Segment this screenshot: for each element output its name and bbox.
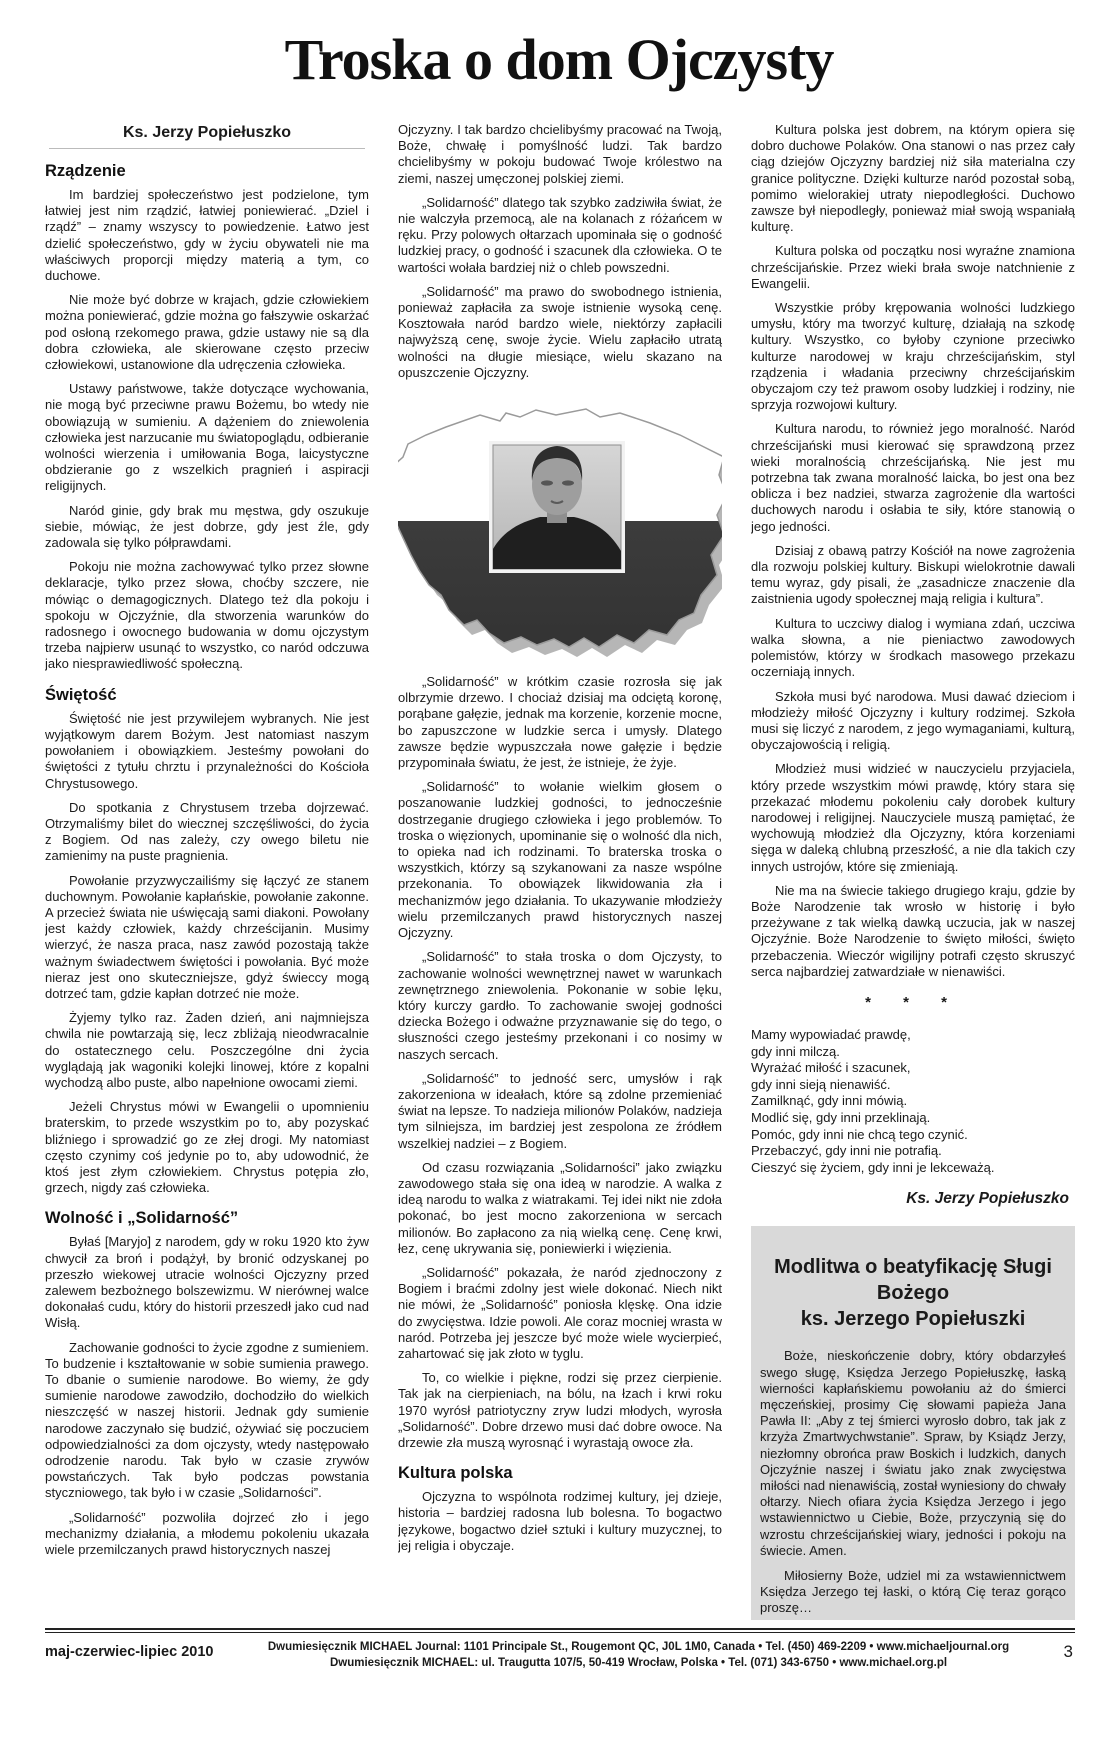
poem-line: Wyrażać miłość i szacunek,	[751, 1060, 1075, 1077]
paragraph: Ustawy państwowe, także dotyczące wychow…	[45, 381, 369, 494]
section-heading: Kultura polska	[398, 1464, 722, 1483]
article-columns: Ks. Jerzy Popiełuszko RządzenieIm bardzi…	[45, 122, 1075, 1620]
section-heading: Świętość	[45, 686, 369, 705]
right-column-blocks: Kultura polska jest dobrem, na którym op…	[751, 122, 1075, 980]
paragraph: Wszystkie próby krępowania wolności ludz…	[751, 300, 1075, 413]
stars-separator: * * *	[751, 994, 1075, 1011]
page-footer: maj-czerwiec-lipiec 2010 Dwumiesięcznik …	[45, 1628, 1075, 1671]
paragraph: Pokoju nie można zachowywać tylko przez …	[45, 559, 369, 672]
paragraph: Kultura narodu, to również jego moralnoś…	[751, 421, 1075, 534]
byline-divider	[49, 148, 365, 149]
section-heading: Rządzenie	[45, 162, 369, 181]
paragraph: Do spotkania z Chrystusem trzeba dojrzew…	[45, 800, 369, 865]
prayer-title-line2: ks. Jerzego Popiełuszki	[801, 1308, 1026, 1330]
paragraph: Szkoła musi być narodowa. Musi dawać dzi…	[751, 689, 1075, 754]
column-middle: Ojczyzny. I tak bardzo chcielibyśmy prac…	[398, 122, 722, 1620]
paragraph: „Solidarność” pokazała, że naród zjednoc…	[398, 1265, 722, 1362]
paragraph: Kultura polska jest dobrem, na którym op…	[751, 122, 1075, 235]
publisher-line-2: Dwumiesięcznik MICHAEL: ul. Traugutta 10…	[223, 1656, 1053, 1672]
prayer-paragraphs: Boże, nieskończenie dobry, który obdarzy…	[760, 1348, 1066, 1616]
publisher-info: Dwumiesięcznik MICHAEL Journal: 1101 Pri…	[213, 1638, 1063, 1671]
section-heading: Wolność i „Solidarność”	[45, 1209, 369, 1228]
middle-column-top-blocks: Ojczyzny. I tak bardzo chcielibyśmy prac…	[398, 122, 722, 381]
author-signature: Ks. Jerzy Popiełuszko	[751, 1190, 1069, 1208]
paragraph: Żyjemy tylko raz. Żaden dzień, ani najmn…	[45, 1010, 369, 1091]
paragraph: Od czasu rozwiązania „Solidarności” jako…	[398, 1160, 722, 1257]
poem-line: gdy inni milczą.	[751, 1044, 1075, 1061]
paragraph: Dzisiaj z obawą patrzy Kościół na nowe z…	[751, 543, 1075, 608]
paragraph: Kultura to uczciwy dialog i wymiana zdań…	[751, 616, 1075, 681]
poem-line: gdy inni sieją nienawiść.	[751, 1077, 1075, 1094]
paragraph: Zachowanie godności to życie zgodne z su…	[45, 1340, 369, 1502]
paragraph: „Solidarność” dlatego tak szybko zadziwi…	[398, 195, 722, 276]
poem-line: Mamy wypowiadać prawdę,	[751, 1027, 1075, 1044]
poland-map-figure	[398, 389, 722, 664]
poem-line: Cieszyć się życiem, gdy inni je lekceważ…	[751, 1160, 1075, 1177]
prayer-title-line1: Modlitwa o beatyfikację Sługi Bożego	[774, 1256, 1052, 1304]
paragraph: Powołanie przyzwyczailiśmy się łączyć ze…	[45, 873, 369, 1003]
paragraph: Nie może być dobrze w krajach, gdzie czł…	[45, 292, 369, 373]
paragraph: Jeżeli Chrystus mówi w Ewangelii o upomn…	[45, 1099, 369, 1196]
portrait-photo	[489, 441, 625, 573]
paragraph: Im bardziej społeczeństwo jest podzielon…	[45, 187, 369, 284]
paragraph: „Solidarność” w krótkim czasie rozrosła …	[398, 674, 722, 771]
paragraph: Kultura polska od początku nosi wyraźne …	[751, 243, 1075, 292]
column-left: Ks. Jerzy Popiełuszko RządzenieIm bardzi…	[45, 122, 369, 1620]
poem-line: Modlić się, gdy inni przeklinają.	[751, 1110, 1075, 1127]
paragraph: Byłaś [Maryjo] z narodem, gdy w roku 192…	[45, 1234, 369, 1331]
left-column-blocks: RządzenieIm bardziej społeczeństwo jest …	[45, 162, 369, 1558]
paragraph: „Solidarność” to wołanie wielkim głosem …	[398, 779, 722, 941]
publisher-line-1: Dwumiesięcznik MICHAEL Journal: 1101 Pri…	[223, 1640, 1053, 1656]
page-number: 3	[1064, 1638, 1075, 1662]
paragraph: „Solidarność” to jedność serc, umysłów i…	[398, 1071, 722, 1152]
footer-double-rule	[45, 1628, 1075, 1633]
paragraph: Świętość nie jest przywilejem wybranych.…	[45, 711, 369, 792]
poem-line: Zamilknąć, gdy inni mówią.	[751, 1093, 1075, 1110]
poem-line: Przebaczyć, gdy inni nie potrafią.	[751, 1143, 1075, 1160]
paragraph: To, co wielkie i piękne, rodzi się przez…	[398, 1370, 722, 1451]
paragraph: Boże, nieskończenie dobry, który obdarzy…	[760, 1348, 1066, 1559]
paragraph: Ojczyzna to wspólnota rodzimej kultury, …	[398, 1489, 722, 1554]
paragraph: Ojczyzny. I tak bardzo chcielibyśmy prac…	[398, 122, 722, 187]
poem-line: Pomóc, gdy inni nie chcą tego czynić.	[751, 1127, 1075, 1144]
paragraph: „Solidarność” to stała troska o dom Ojcz…	[398, 949, 722, 1062]
paragraph: „Solidarność” pozwoliła dojrzeć zło i je…	[45, 1510, 369, 1559]
prayer-title: Modlitwa o beatyfikację Sługi Bożego ks.…	[760, 1254, 1066, 1332]
paragraph: Miłosierny Boże, udziel mi za wstawienni…	[760, 1568, 1066, 1617]
masthead: Troska o dom Ojczysty	[0, 0, 1118, 122]
author-byline: Ks. Jerzy Popiełuszko	[45, 124, 369, 142]
paragraph: Nie ma na świecie takiego drugiego kraju…	[751, 883, 1075, 980]
footer-row: maj-czerwiec-lipiec 2010 Dwumiesięcznik …	[45, 1638, 1075, 1671]
map-of-poland-icon	[398, 389, 722, 664]
page-title: Troska o dom Ojczysty	[0, 26, 1118, 93]
paragraph: Młodzież musi widzieć w nauczycielu przy…	[751, 761, 1075, 874]
column-right: Kultura polska jest dobrem, na którym op…	[751, 122, 1075, 1620]
prayer-box: Modlitwa o beatyfikację Sługi Bożego ks.…	[751, 1226, 1075, 1620]
paragraph: Naród ginie, gdy brak mu męstwa, gdy osz…	[45, 503, 369, 552]
issue-date: maj-czerwiec-lipiec 2010	[45, 1638, 213, 1660]
middle-column-bottom-blocks: „Solidarność” w krótkim czasie rozrosła …	[398, 674, 722, 1554]
poem: Mamy wypowiadać prawdę,gdy inni milczą.W…	[751, 1027, 1075, 1176]
paragraph: „Solidarność” ma prawo do swobodnego ist…	[398, 284, 722, 381]
newspaper-page: Troska o dom Ojczysty Ks. Jerzy Popiełus…	[0, 0, 1118, 1751]
